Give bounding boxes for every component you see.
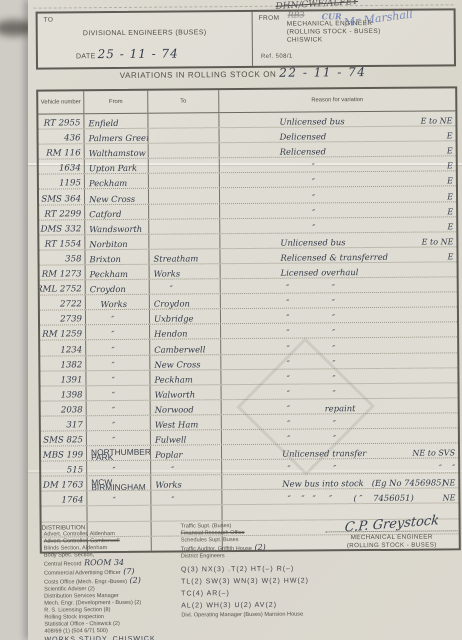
handwritten-count: ROOM 34 [81, 558, 124, 567]
reason-text: ″ ″ ″ ″ ( ″ 7456051) [222, 493, 413, 505]
cell-to: Camberwell [150, 340, 221, 355]
cell-reason: Licensed overhaul [221, 262, 457, 278]
to-text: West Ham [151, 419, 199, 429]
cell-vehicle-number: SMS 825 [41, 431, 87, 445]
to-text: Uxbridge [150, 314, 194, 324]
cell-from: ″ [87, 401, 151, 416]
from-text: ″ [86, 375, 115, 385]
header-box: TO DIVISIONAL ENGINEERS (BUSES) DATE 25 … [36, 8, 456, 69]
from-text: ″ [86, 345, 115, 355]
to-text: Peckham [150, 374, 192, 384]
to-text: Norwood [151, 404, 194, 414]
cell-to: Works [151, 475, 222, 490]
distribution-item-text: District Engineers [181, 553, 225, 559]
district-code-text: E [448, 252, 454, 261]
distribution-item-text: Central Record [44, 561, 82, 567]
vehicle-number-text: 1382 [60, 360, 82, 370]
cell-vehicle-number: SMS 364 [39, 190, 85, 204]
cell-vehicle-number: 1382 [40, 356, 86, 370]
vehicle-number-text: 1764 [62, 496, 84, 506]
cell-reason: ″ ″ [221, 308, 457, 324]
cell-vehicle-number: DMS 332 [39, 220, 85, 234]
district-code-text: E to NE [421, 116, 453, 125]
vehicle-number-text: 2038 [61, 405, 83, 415]
cell-vehicle-number: 436 [38, 129, 84, 143]
cell-from: Brixton [85, 250, 149, 265]
reason-text: Relicensed & transferred [220, 252, 388, 263]
reason-text: Licensed overhaul [221, 267, 359, 278]
cell-vehicle-number: RT 2955 [38, 114, 84, 128]
from-text: Peckham [86, 269, 128, 279]
district-code-text: E [447, 177, 453, 186]
cell-from: ″ [87, 385, 151, 400]
cell-from: ″ [87, 461, 151, 476]
to-text: Fulwell [151, 435, 186, 445]
distribution-item-text: Divl. Operating Manager (Buses) Mansion … [181, 612, 303, 619]
column-header-to: To [148, 90, 219, 113]
cell-from: ″ [86, 325, 150, 340]
from-label: FROM [259, 15, 280, 22]
from-text: New Cross [85, 193, 135, 203]
from-line3: CHISWICK [287, 36, 381, 45]
cell-to [149, 143, 220, 158]
reason-text: ″ [220, 177, 315, 188]
cell-from: ″ [87, 431, 151, 446]
variations-table: Vehicle number From To Reason for variat… [36, 86, 461, 553]
from-text: ″ [86, 360, 115, 370]
cell-to: Fulwell [151, 430, 222, 445]
vehicle-number-text: RM 1259 [42, 330, 82, 340]
cell-to: Works [150, 264, 221, 279]
cell-from: ″ [86, 340, 150, 355]
reason-text: ″ [220, 192, 315, 203]
from-text: Catford [85, 209, 121, 219]
date-label: DATE [76, 53, 96, 60]
cell-from: Upton Park [85, 159, 149, 174]
distribution-item: Divl. Operating Manager (Buses) Mansion … [177, 611, 335, 619]
cell-to: ″ [151, 491, 222, 506]
cell-vehicle-number: 317 [41, 416, 87, 430]
cell-from: Walthamstow [85, 144, 149, 159]
cell-reason: Relicensed & transferredE [220, 247, 456, 263]
from-text: Brixton [85, 254, 120, 264]
from-text: ″ [87, 420, 116, 430]
cell-reason: ″ ″ ″ ″ ( ″ 7456051)NE [222, 489, 458, 505]
reason-text: ″ [220, 162, 315, 173]
to-text: ″ [151, 465, 174, 475]
distribution-item-text: Advert. Controller, Aldenham [44, 531, 115, 538]
from-text: Works [86, 299, 127, 309]
cell-reason: DelicensedE [219, 126, 455, 142]
from-line2: (ROLLING STOCK - BUSES) [287, 28, 381, 37]
cell-reason: ″ ″ [221, 338, 457, 354]
cell-vehicle-number: RM 116 [39, 144, 85, 158]
district-code-text: NE [442, 479, 455, 488]
cell-reason: ″E [220, 172, 456, 188]
cell-from: Peckham [85, 174, 149, 189]
distribution-item-text: Advert. Controller, Camberwell [44, 538, 120, 545]
distribution-item-text: WORKS STUDY, CHISWICK [44, 636, 155, 640]
cell-vehicle-number: RT 1554 [39, 235, 85, 249]
header-from-cell: FROM MECHANICAL ENGINEER (ROLLING STOCK … [253, 10, 454, 66]
cell-to: Norwood [151, 400, 222, 415]
signature-role-line2: (ROLLING STOCK - BUSES) [326, 541, 458, 550]
district-code-text: E [447, 192, 453, 201]
reason-text: ″ [220, 207, 315, 218]
cell-to [149, 158, 220, 173]
from-text: Norbiton [85, 239, 127, 249]
distribution-item-text: Traffic Auditor, Griffith House [181, 546, 252, 553]
to-text: ″ [151, 495, 174, 505]
vehicle-number-text: 2722 [60, 299, 82, 309]
vehicle-number-text: RT 1554 [45, 239, 82, 249]
distribution-item-text: Mech. Engr. (Development - Buses) (2) [44, 600, 141, 607]
distribution-list: DISTRIBUTIONAdvert. Controller, Aldenham… [40, 524, 183, 640]
document-content: DHN/CWF/ALFEY RB3 CUR Mr Marshall TO DIV… [25, 0, 462, 640]
cell-reason: ″ ″ [221, 323, 457, 339]
cell-vehicle-number: RML 2752 [40, 280, 86, 294]
distribution-item-text: Schedules Supt. Buses [181, 537, 239, 543]
reason-text: ″ ″ [221, 282, 335, 293]
cell-to: Streatham [149, 249, 220, 264]
to-text: Works [150, 269, 181, 279]
cell-to [149, 174, 220, 189]
scanned-document-page: DHN/CWF/ALFEY RB3 CUR Mr Marshall TO DIV… [0, 0, 462, 640]
cell-vehicle-number: MBS 199 [41, 446, 87, 460]
cell-reason: Unlicensed transferNE to SVS [222, 443, 458, 459]
signature-script: C.P. Greystock [344, 513, 440, 535]
handwritten-count: (7) [121, 567, 135, 576]
cell-from: MCW BIRMINGHAM [87, 476, 151, 491]
cell-to [151, 506, 222, 521]
cell-to: Poplar [151, 445, 222, 460]
cell-reason: ″E [220, 202, 456, 218]
cell-vehicle-number: 1398 [41, 386, 87, 400]
district-code-text: E [447, 162, 453, 171]
signature-block: C.P. Greystock MECHANICAL ENGINEER (ROLL… [326, 514, 458, 550]
from-text: ″ [86, 314, 115, 324]
to-text: New Cross [150, 359, 200, 369]
from-text: ″ [87, 495, 116, 505]
distribution-item-text: 408/69 (1) (504 6/71 500) [44, 628, 107, 634]
reason-text: ″ ″ [221, 313, 335, 324]
cell-reason: Unlicensed busE to NE [220, 232, 456, 248]
cell-to [149, 219, 220, 234]
cell-to: ″ [150, 279, 221, 294]
distribution-item-text: Commercial Advertising Officer [44, 570, 121, 577]
cell-vehicle-number: RM 1259 [40, 326, 86, 340]
cell-to [148, 128, 219, 143]
distribution-item-text: AL(2) WH(3) U(2) AV(2) [181, 602, 277, 610]
from-text: ″ [86, 329, 115, 339]
vehicle-number-text: 1634 [59, 164, 81, 174]
cell-to [149, 204, 220, 219]
district-code-text: E [447, 207, 453, 216]
cell-to: Walworth [151, 385, 222, 400]
vehicle-number-text: SMS 364 [41, 194, 81, 204]
cell-reason: ″ ″ [221, 353, 457, 369]
distribution-item-text: Statistical Office - Chiswick (2) [44, 621, 119, 628]
vehicle-number-text: 1398 [61, 390, 83, 400]
vehicle-number-text: RML 2752 [40, 284, 82, 294]
from-text: NORTHUMBERLAND PARK [87, 450, 151, 461]
cell-from: Palmers Green [84, 129, 148, 144]
from-text: ″ [87, 435, 116, 445]
cell-from: Peckham [86, 265, 150, 280]
from-text: Wandsworth [85, 224, 142, 234]
cell-from: Enfield [84, 114, 148, 129]
cell-reason: ″ ″ [221, 277, 457, 293]
vehicle-number-text: 436 [64, 133, 80, 143]
distribution-item-text: Financial Research Office [181, 530, 245, 537]
to-text: Hendon [150, 329, 188, 339]
distribution-item-text: Q(3) NX(3) .T(2) HT(–) R(–) [181, 566, 294, 574]
district-code-text: NE to SVS [412, 449, 455, 458]
cell-reason: ″E [220, 187, 456, 203]
cell-reason: ″ ″″ ″ [222, 458, 458, 474]
cell-from [87, 506, 151, 521]
cell-reason: RelicensedE [220, 142, 456, 158]
reason-text: ″ [220, 222, 315, 233]
cell-from: Works [86, 295, 150, 310]
column-header-vehicle-number: Vehicle number [38, 91, 84, 113]
reference-number: Ref. 508/1 [261, 54, 293, 60]
cell-vehicle-number: 2722 [40, 295, 86, 309]
distribution-item-text: Rolling Stock Inspection [44, 614, 104, 620]
cell-vehicle-number: 1764 [41, 492, 87, 506]
vehicle-number-text: 2739 [60, 315, 82, 325]
cell-from: Croydon [86, 280, 150, 295]
vehicle-number-text: RM 1273 [42, 269, 82, 279]
cell-from: ″ [86, 370, 150, 385]
title-typed: VARIATIONS IN ROLLING STOCK ON [120, 70, 277, 80]
from-text: MCW BIRMINGHAM [87, 480, 150, 490]
district-code-text: E to NE [422, 237, 454, 246]
cell-vehicle-number: 1234 [40, 341, 86, 355]
cell-reason: ″E [220, 217, 456, 233]
vehicle-number-text: DMS 332 [41, 224, 82, 234]
table-header-row: Vehicle number From To Reason for variat… [38, 88, 455, 114]
cell-vehicle-number: DM 1763 [41, 476, 87, 490]
cell-to: New Cross [150, 355, 221, 370]
distribution-item-text: Blinds Section, Aldenham [44, 545, 107, 551]
date-row: DATE 25 - 11 - 74 [76, 47, 179, 62]
reason-text: Delicensed [220, 132, 327, 143]
cell-vehicle-number: 2739 [40, 310, 86, 324]
district-code-text: NE [443, 494, 456, 503]
cell-vehicle-number: 1634 [39, 160, 85, 174]
from-text: Walthamstow [85, 148, 146, 158]
vehicle-number-text: 1195 [59, 179, 81, 189]
distribution-item-text: Costs Office (Mech. Engr.-Buses) [44, 579, 127, 586]
from-text: Croydon [86, 284, 126, 294]
cell-to: Uxbridge [150, 309, 221, 324]
district-code-text: E [447, 222, 453, 231]
middle-distribution-list: Traffic Supt. (Buses)Financial Research … [177, 522, 336, 619]
cell-reason: New bus into stock (Eg No 7456985)NE [222, 474, 458, 490]
to-value: DIVISIONAL ENGINEERS (BUSES) [38, 29, 252, 38]
column-header-from: From [84, 91, 148, 114]
from-text: Peckham [85, 178, 127, 188]
table-body: RT 2955EnfieldUnlicensed busE to NE436Pa… [38, 111, 458, 551]
cell-from: ″ [86, 355, 150, 370]
cell-to [148, 113, 219, 128]
date-handwritten: 25 - 11 - 74 [98, 47, 179, 62]
cell-vehicle-number: RT 2299 [39, 205, 85, 219]
cell-vehicle-number: 1195 [39, 175, 85, 189]
handwritten-count: (2) [127, 576, 141, 585]
reason-text: Relicensed [220, 147, 326, 158]
vehicle-number-text: RT 2299 [44, 209, 81, 219]
cell-vehicle-number: RM 1273 [40, 265, 86, 279]
to-text: Poplar [151, 450, 182, 460]
cell-to: Hendon [150, 325, 221, 340]
distribution-item-text: R. S. Licensing Section (8) [44, 607, 110, 614]
cell-from: NORTHUMBERLAND PARK [87, 446, 151, 461]
cell-from: New Cross [85, 189, 149, 204]
reason-text: ″ ″ [222, 464, 336, 475]
from-text: ″ [87, 465, 116, 475]
cell-to: West Ham [151, 415, 222, 430]
reason-text: ″ ″ [221, 328, 335, 339]
reason-text: ″ ″ [221, 298, 335, 309]
reason-text: New bus into stock (Eg No 7456985) [222, 478, 445, 490]
cell-reason: ″ ″ [221, 292, 457, 308]
distribution-item-text: Traffic Supt. (Buses) [181, 523, 232, 529]
vehicle-number-text: SMS 825 [43, 435, 83, 445]
vehicle-number-text: 515 [67, 466, 83, 476]
from-text: Enfield [84, 118, 118, 128]
cell-from: ″ [87, 416, 151, 431]
to-text: Streatham [149, 253, 198, 263]
from-address: MECHANICAL ENGINEER (ROLLING STOCK - BUS… [287, 20, 381, 45]
to-text: Walworth [151, 389, 196, 399]
vehicle-number-text: 358 [65, 254, 81, 264]
distribution-item: WORKS STUDY, CHISWICK [40, 636, 182, 640]
cell-vehicle-number: 1391 [40, 371, 86, 385]
header-to-cell: TO DIVISIONAL ENGINEERS (BUSES) DATE 25 … [38, 12, 253, 68]
vehicle-number-text: RT 2955 [44, 118, 81, 128]
vehicle-number-text: 1391 [61, 375, 83, 385]
to-text: Works [151, 480, 182, 490]
cell-to: ″ [151, 460, 222, 475]
district-code-text: E [447, 132, 453, 141]
to-text: ″ [150, 284, 173, 294]
vehicle-number-text: 1234 [60, 345, 82, 355]
from-text: Upton Park [85, 163, 137, 173]
handwritten-count: (2) [252, 543, 266, 552]
distribution-item-text: TC(4) AR(–) [181, 590, 230, 597]
reason-text: Unlicensed bus [220, 237, 345, 248]
district-code-text: E [447, 147, 453, 156]
district-code-text: ″ ″ [439, 464, 455, 473]
vehicle-number-text: 317 [66, 420, 82, 430]
cell-to [149, 189, 220, 204]
from-text: ″ [87, 390, 116, 400]
cell-from: Norbiton [85, 234, 149, 249]
cell-from: Catford [85, 204, 149, 219]
to-text: Camberwell [150, 344, 205, 354]
cell-vehicle-number: 515 [41, 461, 87, 475]
from-text: Palmers Green [85, 133, 149, 144]
from-text: ″ [87, 405, 116, 415]
title-date-handwritten: 22 - 11 - 74 [279, 65, 366, 80]
to-label: TO [44, 16, 54, 23]
distribution-item: 408/69 (1) (504 6/71 500) [40, 628, 182, 636]
reason-text: Unlicensed bus [219, 116, 344, 127]
distribution-item-text: Distribution Services Manager [44, 593, 119, 600]
cell-vehicle-number: 2038 [41, 401, 87, 415]
column-header-reason: Reason for variation [219, 88, 455, 112]
cell-reason: ″E [220, 157, 456, 173]
cell-vehicle-number: 358 [39, 250, 85, 264]
cell-to: Peckham [150, 370, 221, 385]
distribution-item-text: TL(2) SW(3) WN(3) W(2) HW(2) [181, 578, 309, 586]
cell-vehicle-number [41, 507, 87, 521]
distribution-item-text: Scientific Adviser (2) [44, 586, 95, 592]
page-title: VARIATIONS IN ROLLING STOCK ON 22 - 11 -… [26, 64, 460, 81]
vehicle-number-text: MBS 199 [43, 450, 83, 460]
cell-to: Croydon [150, 294, 221, 309]
vehicle-number-text: DM 1763 [43, 481, 83, 491]
to-text: Croydon [150, 299, 190, 309]
paper-sheet: DHN/CWF/ALFEY RB3 CUR Mr Marshall TO DIV… [28, 0, 462, 640]
cell-from: Wandsworth [85, 219, 149, 234]
cell-to [149, 234, 220, 249]
cell-from: ″ [87, 491, 151, 506]
cell-from: ″ [86, 310, 150, 325]
cell-reason: Unlicensed busE to NE [219, 111, 455, 127]
vehicle-number-text: RM 116 [46, 149, 80, 159]
